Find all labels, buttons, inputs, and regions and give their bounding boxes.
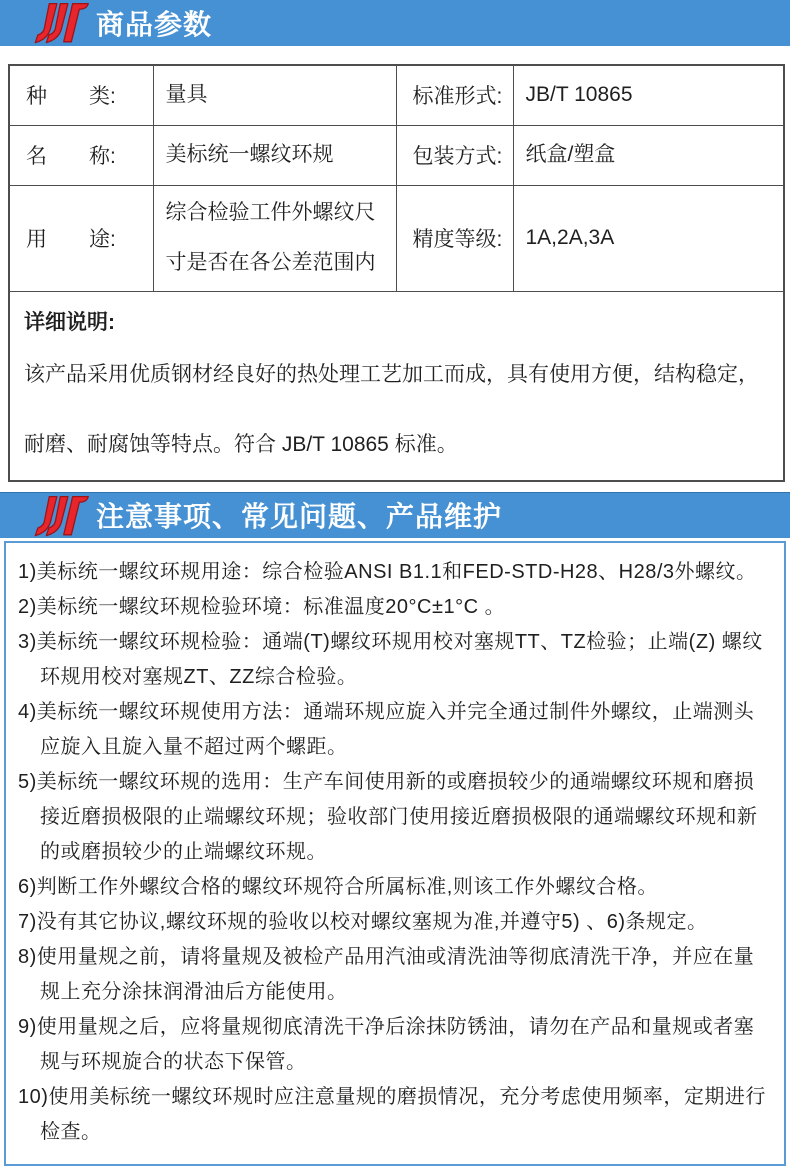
spacer [0, 482, 790, 492]
spec-label-packaging: 包装方式: [396, 125, 513, 185]
spec-label-name: 名 称: [9, 125, 153, 185]
note-item-9: 9)使用量规之后，应将量规彻底清洗干净后涂抹防锈油，请勿在产品和量规或者塞规与环… [12, 1010, 774, 1080]
spec-value-packaging: 纸盒/塑盒 [513, 125, 784, 185]
spec-value-type: 量具 [153, 65, 396, 125]
detail-description-cell: 详细说明: 该产品采用优质钢材经良好的热处理工艺加工而成，具有使用方便，结构稳定… [9, 291, 784, 481]
spec-value-name: 美标统一螺纹环规 [153, 125, 396, 185]
params-section-title: 商品参数 [96, 3, 212, 43]
note-item-2: 2)美标统一螺纹环规检验环境：标准温度20°C±1°C 。 [12, 590, 774, 625]
note-item-5: 5)美标统一螺纹环规的选用：生产车间使用新的或磨损较少的通端螺纹环规和磨损接近磨… [12, 765, 774, 870]
note-item-6: 6)判断工作外螺纹合格的螺纹环规符合所属标准,则该工作外螺纹合格。 [12, 870, 774, 905]
spec-label-usage: 用 途: [9, 185, 153, 291]
note-item-4: 4)美标统一螺纹环规使用方法：通端环规应旋入并完全通过制件外螺纹，止端测头应旋入… [12, 695, 774, 765]
spacer [0, 46, 790, 64]
specs-table: 种 类: 量具 标准形式: JB/T 10865 名 称: 美标统一螺纹环规 包… [8, 64, 785, 482]
spec-value-usage: 综合检验工件外螺纹尺寸是否在各公差范围内 [153, 185, 396, 291]
note-item-7: 7)没有其它协议,螺纹环规的验收以校对螺纹塞规为准,并遵守5) 、6)条规定。 [12, 905, 774, 940]
spec-label-type: 种 类: [9, 65, 153, 125]
detail-description-text: 该产品采用优质钢材经良好的热处理工艺加工而成，具有使用方便，结构稳定，耐磨、耐腐… [24, 340, 769, 480]
notes-box: 1)美标统一螺纹环规用途：综合检验ANSI B1.1和FED-STD-H28、H… [4, 541, 786, 1166]
table-row: 名 称: 美标统一螺纹环规 包装方式: 纸盒/塑盒 [9, 125, 784, 185]
product-detail-page: 商品参数 种 类: 量具 标准形式: JB/T 10865 名 称: 美标统一螺… [0, 0, 790, 1166]
notes-section-title: 注意事项、常见问题、产品维护 [96, 495, 502, 535]
note-item-3: 3)美标统一螺纹环规检验：通端(T)螺纹环规用校对塞规TT、TZ检验；止端(Z)… [12, 625, 774, 695]
table-row: 种 类: 量具 标准形式: JB/T 10865 [9, 65, 784, 125]
brand-logo-icon [34, 0, 90, 54]
spec-value-standard: JB/T 10865 [513, 65, 784, 125]
brand-logo-icon [34, 492, 90, 547]
table-row: 详细说明: 该产品采用优质钢材经良好的热处理工艺加工而成，具有使用方便，结构稳定… [9, 291, 784, 481]
note-item-1: 1)美标统一螺纹环规用途：综合检验ANSI B1.1和FED-STD-H28、H… [12, 555, 774, 590]
spec-value-accuracy: 1A,2A,3A [513, 185, 784, 291]
table-row: 用 途: 综合检验工件外螺纹尺寸是否在各公差范围内 精度等级: 1A,2A,3A [9, 185, 784, 291]
detail-description-title: 详细说明: [24, 306, 769, 336]
spec-label-accuracy: 精度等级: [396, 185, 513, 291]
note-item-10: 10)使用美标统一螺纹环规时应注意量规的磨损情况，充分考虑使用频率，定期进行检查… [12, 1080, 774, 1150]
spec-label-standard: 标准形式: [396, 65, 513, 125]
note-item-8: 8)使用量规之前，请将量规及被检产品用汽油或清洗油等彻底清洗干净，并应在量规上充… [12, 940, 774, 1010]
notes-section-header: 注意事项、常见问题、产品维护 [0, 492, 790, 538]
params-section-header: 商品参数 [0, 0, 790, 46]
